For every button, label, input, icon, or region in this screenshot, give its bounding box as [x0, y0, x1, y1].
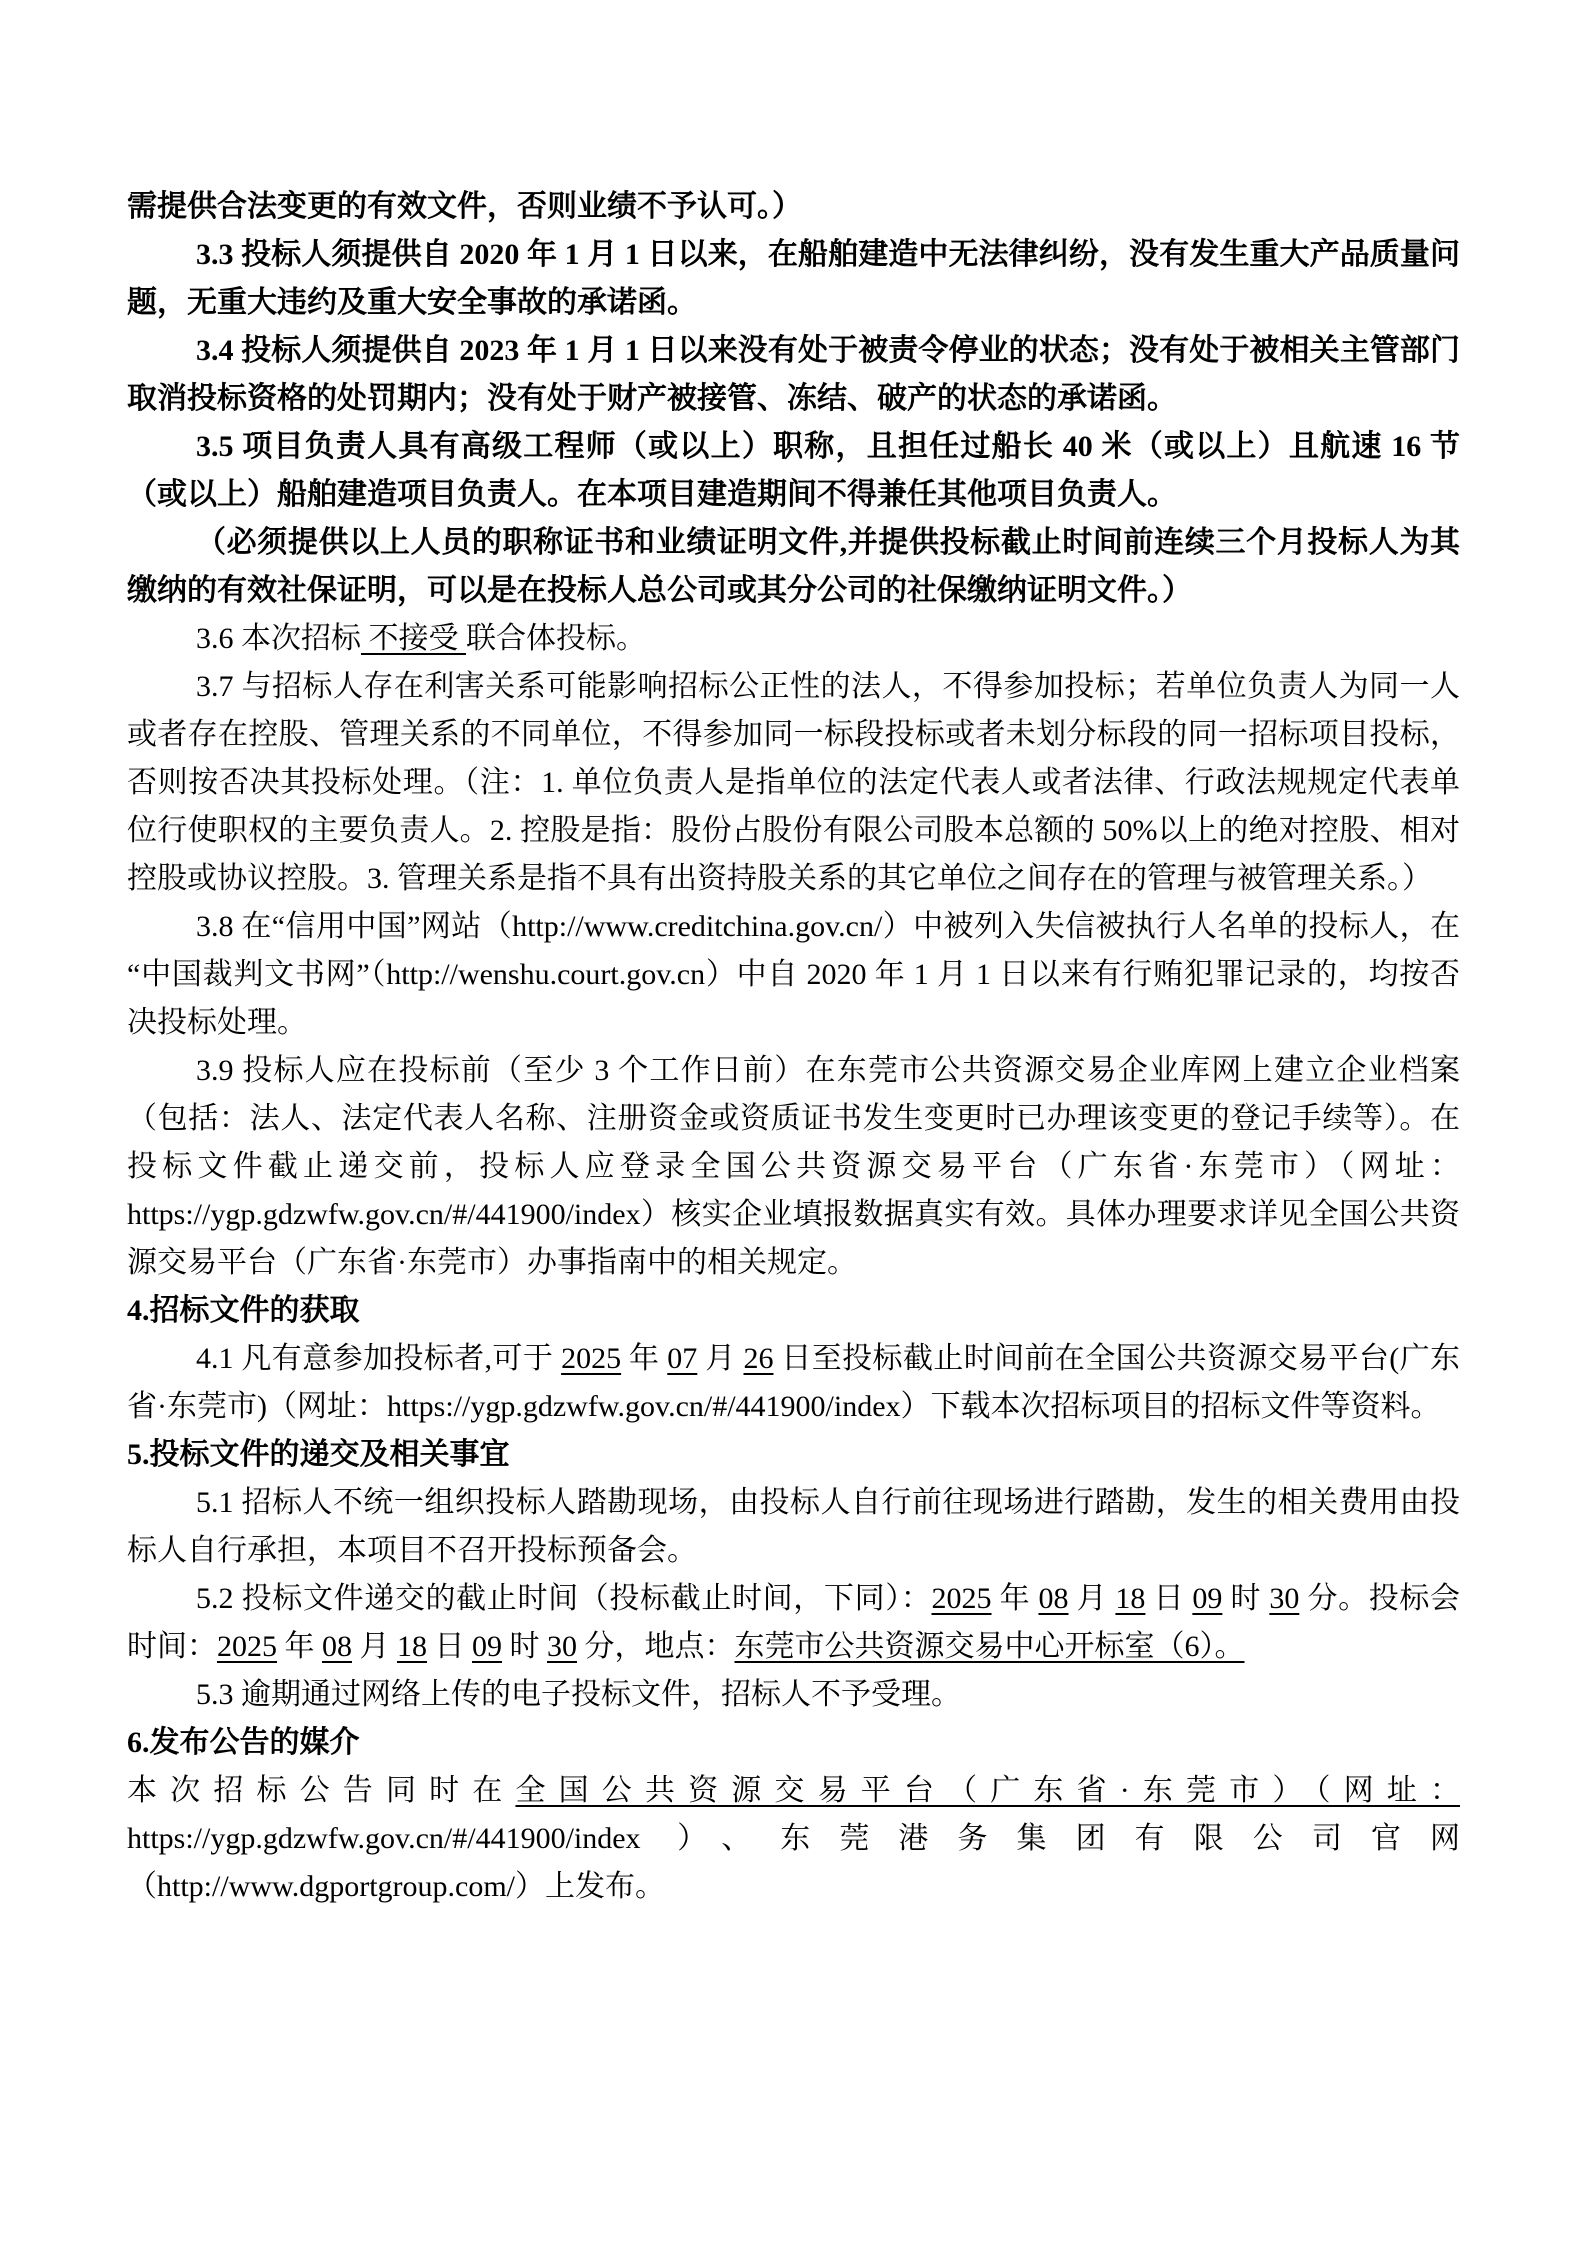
clause-3-4: 3.4 投标人须提供自 2023 年 1 月 1 日以来没有处于被责令停业的状态…: [127, 327, 1460, 423]
text-run: 月: [1068, 1582, 1115, 1615]
clause-3-8: 3.8 在“信用中国”网站（http://www.creditchina.gov…: [127, 903, 1460, 1047]
text-run: 6.发布公告的媒介: [127, 1726, 360, 1759]
clause-personnel-note: （必须提供以上人员的职称证书和业绩证明文件,并提供投标截止时间前连续三个月投标人…: [127, 519, 1460, 615]
clause-3-6: 3.6 本次招标 不接受 联合体投标。: [127, 615, 1460, 663]
underlined-text: 26: [743, 1342, 773, 1375]
text-run: ）下载本次招标项目的招标文件等资料。: [901, 1390, 1441, 1423]
heading-bid-submission: 5.投标文件的递交及相关事宜: [127, 1431, 1460, 1479]
clause-announcement-media: 本次招标公告同时在全国公共资源交易平台（广东省·东莞市）（网址：https://…: [127, 1767, 1460, 1911]
url-text: http://wenshu.court.gov.cn: [386, 958, 705, 991]
clause-3-3: 3.3 投标人须提供自 2020 年 1 月 1 日以来，在船舶建造中无法律纠纷…: [127, 231, 1460, 327]
underlined-text: 2025: [561, 1342, 621, 1375]
text-run: 时: [502, 1630, 547, 1663]
url-text: https://ygp.gdzwfw.gov.cn/#/441900/index: [127, 1198, 641, 1231]
underlined-text: 08: [322, 1630, 352, 1663]
heading-document-access: 4.招标文件的获取: [127, 1287, 1460, 1335]
clause-3-7: 3.7 与招标人存在利害关系可能影响招标公正性的法人，不得参加投标；若单位负责人…: [127, 663, 1460, 903]
heading-announcement-media: 6.发布公告的媒介: [127, 1719, 1460, 1767]
underlined-text: 08: [1038, 1582, 1068, 1615]
text-run: 3.9 投标人应在投标前（至少 3 个工作日前）在东莞市公共资源交易企业库网上建…: [127, 1054, 1460, 1183]
clause-4-1: 4.1 凡有意参加投标者,可于 2025 年 07 月 26 日至投标截止时间前…: [127, 1335, 1460, 1431]
underlined-text: 07: [667, 1342, 697, 1375]
text-run: 时: [1222, 1582, 1269, 1615]
url-text: https://ygp.gdzwfw.gov.cn/#/441900/index: [387, 1390, 901, 1423]
underlined-text: 18: [397, 1630, 427, 1663]
document-body: 需提供合法变更的有效文件，否则业绩不予认可。） 3.3 投标人须提供自 2020…: [127, 183, 1460, 1911]
text-run: 5.3 逾期通过网络上传的电子投标文件，招标人不予受理。: [196, 1678, 961, 1711]
text-run: 分，地点：: [577, 1630, 735, 1663]
text-run: 3.4 投标人须提供自 2023 年 1 月 1 日以来没有处于被责令停业的状态…: [127, 334, 1460, 415]
text-run: 日: [1145, 1582, 1192, 1615]
text-run: 月: [697, 1342, 743, 1375]
underlined-text: 18: [1115, 1582, 1145, 1615]
underlined-text: 不接受: [361, 622, 466, 655]
underlined-text: 30: [1269, 1582, 1299, 1615]
text-run: 日: [427, 1630, 472, 1663]
underlined-text: 2025: [932, 1582, 992, 1615]
text-run: 年: [277, 1630, 322, 1663]
text-run: 3.3 投标人须提供自 2020 年 1 月 1 日以来，在船舶建造中无法律纠纷…: [127, 238, 1460, 319]
underlined-text: 东莞市公共资源交易中心开标室（6）。: [735, 1630, 1245, 1663]
text-run: 5.投标文件的递交及相关事宜: [127, 1438, 510, 1471]
underlined-text: 30: [547, 1630, 577, 1663]
text-run: 5.2 投标文件递交的截止时间（投标截止时间，下同）：: [196, 1582, 932, 1615]
clause-3-5: 3.5 项目负责人具有高级工程师（或以上）职称，且担任过船长 40 米（或以上）…: [127, 423, 1460, 519]
text-run: （必须提供以上人员的职称证书和业绩证明文件,并提供投标截止时间前连续三个月投标人…: [127, 526, 1460, 607]
text-run: 需提供合法变更的有效文件，否则业绩不予认可。）: [127, 190, 802, 223]
text-run: 5.1 招标人不统一组织投标人踏勘现场，由投标人自行前往现场进行踏勘，发生的相关…: [127, 1486, 1460, 1567]
text-run: 3.7 与招标人存在利害关系可能影响招标公正性的法人，不得参加投标；若单位负责人…: [127, 670, 1460, 895]
clause-5-1: 5.1 招标人不统一组织投标人踏勘现场，由投标人自行前往现场进行踏勘，发生的相关…: [127, 1479, 1460, 1575]
text-run: 月: [352, 1630, 397, 1663]
url-text: （http://www.dgportgroup.com/）: [127, 1870, 545, 1903]
underlined-text: 全国公共资源交易平台（广东省·东莞市）（网址：: [515, 1774, 1460, 1807]
text-run: 年: [621, 1342, 667, 1375]
text-run: ）、东莞港务集团有限公司官网: [641, 1822, 1460, 1855]
text-run: 3.5 项目负责人具有高级工程师（或以上）职称，且担任过船长 40 米（或以上）…: [127, 430, 1460, 511]
url-text: http://www.creditchina.gov.cn/: [512, 910, 882, 943]
text-run: 4.1 凡有意参加投标者,可于: [196, 1342, 561, 1375]
url-text: https://ygp.gdzwfw.gov.cn/#/441900/index: [127, 1822, 641, 1855]
clause-3-9: 3.9 投标人应在投标前（至少 3 个工作日前）在东莞市公共资源交易企业库网上建…: [127, 1047, 1460, 1287]
underlined-text: 09: [1192, 1582, 1222, 1615]
underlined-text: 09: [472, 1630, 502, 1663]
text-run: 上发布。: [545, 1870, 665, 1903]
clause-5-3: 5.3 逾期通过网络上传的电子投标文件，招标人不予受理。: [127, 1671, 1460, 1719]
text-run: 年: [992, 1582, 1039, 1615]
text-run: 联合体投标。: [466, 622, 646, 655]
underlined-text: 2025: [217, 1630, 277, 1663]
clause-continuation: 需提供合法变更的有效文件，否则业绩不予认可。）: [127, 183, 1460, 231]
clause-5-2: 5.2 投标文件递交的截止时间（投标截止时间，下同）：2025 年 08 月 1…: [127, 1575, 1460, 1671]
document-page: 需提供合法变更的有效文件，否则业绩不予认可。） 3.3 投标人须提供自 2020…: [0, 0, 1587, 2245]
text-run: 4.招标文件的获取: [127, 1294, 360, 1327]
text-run: 本次招标公告同时在: [127, 1774, 515, 1807]
text-run: 3.8 在“信用中国”网站（: [196, 910, 512, 943]
text-run: 3.6 本次招标: [196, 622, 361, 655]
